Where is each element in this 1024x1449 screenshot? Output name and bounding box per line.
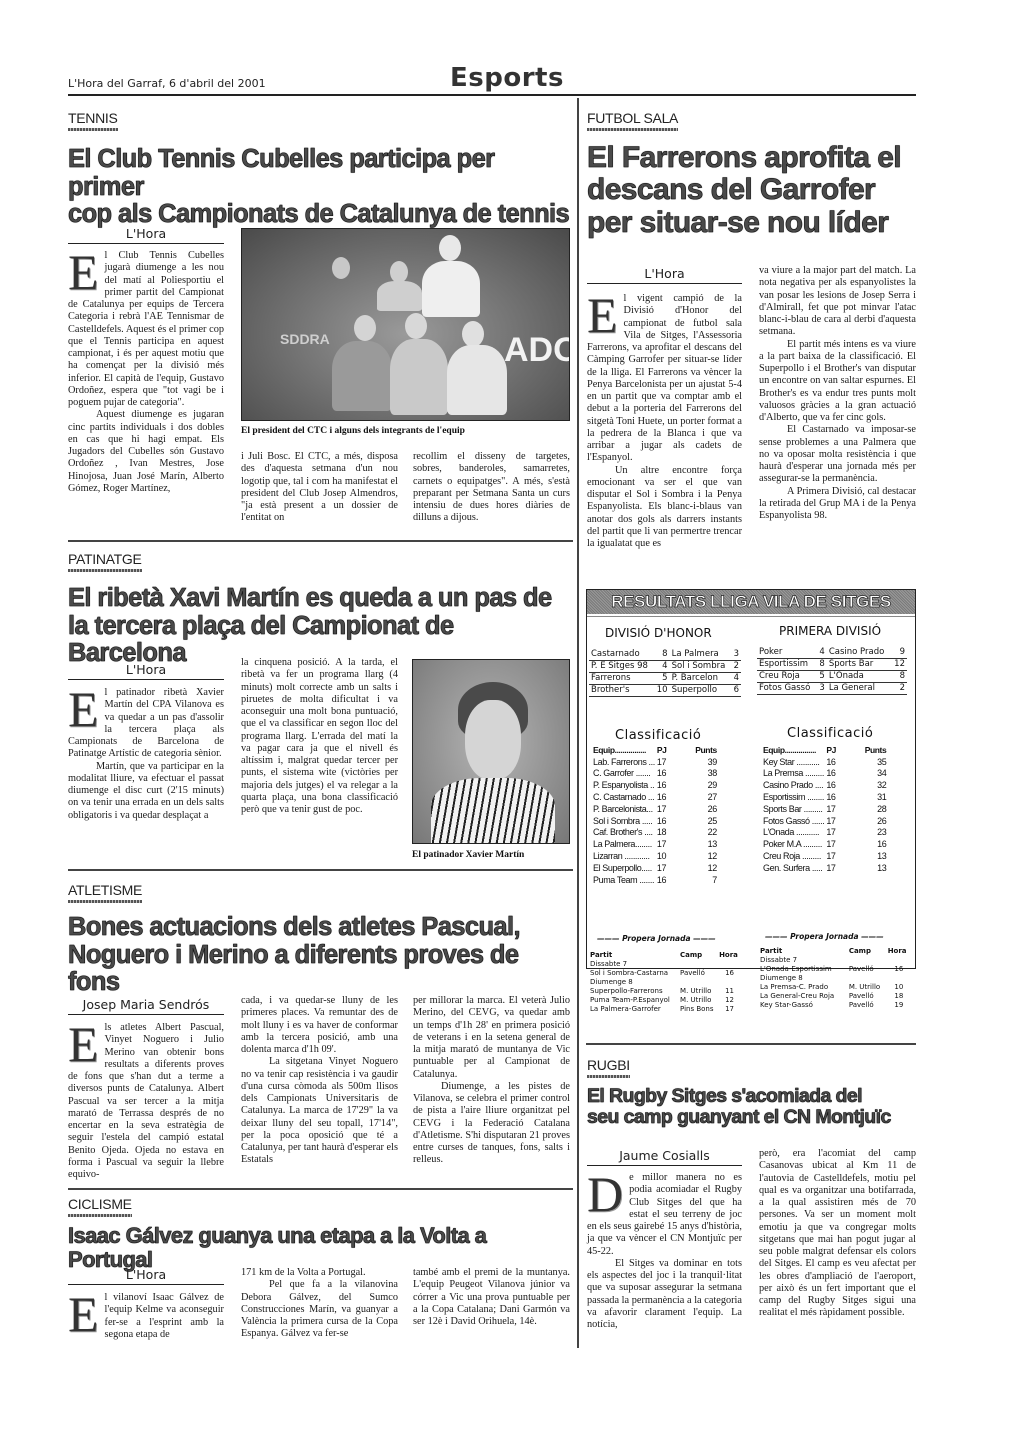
headline-tennis: El Club Tennis Cubelles participa per pr… [68,146,573,229]
games-played: 16 [655,815,677,827]
score: 10 [654,684,670,696]
score-row: Fotos Gassó3La General2 [757,682,907,694]
standings-row: El Superpollo.....1712 [593,862,717,874]
home-team: P. E Sitges 98 [589,660,654,672]
column-header: PJ [824,744,846,756]
games-played: 16 [655,791,677,803]
kicker-rugbi: RUGBI [587,1057,630,1078]
photo-banner-left: SDDRA [280,331,330,347]
person-body [422,261,480,317]
points: 12 [677,862,717,874]
column-header: Partit [589,950,679,959]
skater-portrait-photo [412,659,570,844]
games-played: 17 [824,815,846,827]
team-name: C. Garrofer ....... [593,768,655,780]
rule-dash: ——— [597,934,622,943]
fixture: Dissabte 7 [589,959,679,968]
headline-line: El Club Tennis Cubelles participa per pr… [68,146,573,201]
next-round-header: PartitCampHora [589,950,741,959]
photo-caption: El president del CTC i alguns dels integ… [241,426,465,436]
score: 9 [891,646,907,658]
kickoff-time: 12 [718,995,741,1004]
games-played: 18 [655,827,677,839]
section-divider [68,540,573,542]
fixture: La General-Creu Roja [759,991,848,1000]
team-name: La Palmera........ [593,838,655,850]
score-row: Farrerons5P. Barcelon4 [589,672,741,684]
headline-line: El Rugby Sitges s'acomiada del [587,1086,917,1107]
masthead: L'Hora del Garraf, 6 d'abril del 2001 Es… [68,62,916,96]
column-header: Punts [677,744,717,756]
venue [848,973,887,982]
standings-row: La Palmera........1713 [593,838,717,850]
headline-patinatge: El ribetà Xavi Martín es queda a un pas … [68,585,573,668]
headline-line: seu camp guanyant el CN Montjuïc [587,1107,917,1128]
person-head [390,261,408,283]
fixture-row: Key Star-GassóPavelló19 [759,1000,911,1009]
next-round-title-primera: ——— Propera Jornada ——— [765,932,884,941]
score-row: Creu Roja5L'Onada8 [757,670,907,682]
points: 12 [677,850,717,862]
score: 12 [891,658,907,670]
standings-row: Poker M.A .........1716 [763,838,886,850]
next-round-primera: PartitCampHoraDissabte 7L'Onada-Esportis… [759,946,911,1009]
ciclisme-column-2: 171 km de la Volta a Portugal. Pel que f… [241,1267,398,1341]
team-name: El Superpollo..... [593,862,655,874]
away-team: Sports Bar [827,658,891,670]
standings-row: Gen. Surfera .....1713 [763,862,886,874]
venue [679,977,718,986]
fixture-row: Diumenge 8 [589,977,741,986]
atletisme-column-1: E ls atletes Albert Pascual, Vinyet Nogu… [68,1022,224,1181]
score: 4 [654,660,670,672]
section-divider [68,869,573,871]
games-played: 16 [824,756,846,768]
byline-patinatge: L'Hora [68,662,224,680]
person-body [332,341,392,411]
byline-tennis: L'Hora [68,226,224,244]
paragraph: Aquest diumenge es jugaran cinc partits … [68,409,224,495]
column-header: Punts [846,744,886,756]
score-row: Poker4Casino Prado9 [757,646,907,658]
dateline: L'Hora del Garraf, 6 d'abril del 2001 [68,77,266,90]
next-round-label: Propera Jornada [622,934,690,943]
division-title-honor: DIVISIÓ D'HONOR [605,626,712,640]
venue: Pavelló [848,1000,887,1009]
fixture-row: L'Onada-EsportissimPavelló16 [759,964,911,973]
person-body [390,339,448,415]
fixture: La Palmera-Garrofer [589,1004,679,1013]
rule-dash: ——— [765,932,790,941]
away-team: La Palmera [670,648,731,660]
kickoff-time: 10 [887,982,911,991]
rugbi-column-1: D e millor manera no es podia acomiadar … [587,1172,742,1331]
standings-row: Caf. Brother's ....1822 [593,827,717,839]
team-name: Esportissim ........ [763,791,824,803]
paragraph: per millorar la marca. El veterà Julio M… [413,995,570,1081]
column-header: Hora [718,950,741,959]
dropcap: E [68,1024,99,1064]
fixture: Dissabte 7 [759,955,848,964]
atletisme-column-3: per millorar la marca. El veterà Julio M… [413,995,570,1167]
kickoff-time [718,959,741,968]
standings-row: Sol i Sombra .....1625 [593,815,717,827]
headline-line: El Farrerons aprofita el [587,142,917,174]
face [465,700,521,780]
dropcap: E [68,252,99,292]
venue [679,959,718,968]
tennis-column-3: recollim el disseny de targetes, sobres,… [413,451,570,525]
team-name: Poker M.A ......... [763,838,824,850]
futbol-sala-column-1: E l vigent campió de la Divisió d'Honor … [587,293,742,550]
tennis-column-1: E l Club Tennis Cubelles jugarà diumenge… [68,250,224,495]
team-name: La Premsa ......... [763,768,824,780]
score: 5 [654,672,670,684]
team-name: Key Star ........... [763,756,824,768]
standings-row: Lab. Farrerons ...1739 [593,756,717,768]
standings-row: P. Barcelonista...1726 [593,803,717,815]
score: 6 [731,684,741,696]
fixture-row: La Palmera-GarroferPins Bons17 [589,1004,741,1013]
fixture-row: Diumenge 8 [759,973,911,982]
venue: Pavelló [679,968,718,977]
dropcap: E [68,689,99,729]
standings-row: L'Onada ...........1723 [763,827,886,839]
away-team: Casino Prado [827,646,891,658]
fixture: La Premsa-C. Prado [759,982,848,991]
paragraph: 171 km de la Volta a Portugal. [241,1267,398,1279]
points: 29 [677,779,717,791]
points: 28 [846,803,886,815]
byline-atletisme: Josep Maria Sendrós [68,997,224,1015]
fixture: Key Star-Gassó [759,1000,848,1009]
games-played: 17 [824,803,846,815]
points: 39 [677,756,717,768]
kickoff-time [887,973,911,982]
fixture: L'Onada-Esportissim [759,964,848,973]
column-divider [577,98,579,1348]
standings-header: Equip................PJPunts [763,744,886,756]
fixture: Puma Team-P.Espanyol [589,995,679,1004]
points: 16 [846,838,886,850]
section-divider [586,1043,916,1045]
score: 5 [817,670,827,682]
team-name: P. Espanyolista .. [593,779,655,791]
points: 26 [677,803,717,815]
paragraph: cada, i va quedar-se lluny de les primer… [241,995,398,1056]
classification-title-honor: Classificació [615,728,701,743]
fixture: Diumenge 8 [589,977,679,986]
column-header: PJ [655,744,677,756]
venue: M. Utrillo [848,982,887,991]
score-row: Castarnado8La Palmera3 [589,648,741,660]
venue: M. Utrillo [679,995,718,1004]
games-played: 17 [655,838,677,850]
away-team: La General [827,682,891,694]
kicker-atletisme: ATLETISME [68,882,142,903]
next-round-honor: PartitCampHoraDissabte 7Sol i Sombra-Cas… [589,950,741,1013]
rule-dash: ——— [691,934,716,943]
venue: Pins Bons [679,1004,718,1013]
games-played: 10 [655,850,677,862]
team-name: Lab. Farrerons ... [593,756,655,768]
column-header: Equip................ [763,744,824,756]
points: 13 [846,862,886,874]
score-row: Esportissim8Sports Bar12 [757,658,907,670]
score: 3 [817,682,827,694]
points: 34 [846,768,886,780]
atletisme-column-2: cada, i va quedar-se lluny de les primer… [241,995,398,1167]
points: 32 [846,779,886,791]
headline-line: cop als Campionats de Catalunya de tenni… [68,201,573,229]
away-team: Sol i Sombra [670,660,731,672]
venue: Pavelló [848,964,887,973]
points: 31 [846,791,886,803]
fixture-row: La General-Creu RojaPavelló18 [759,991,911,1000]
team-name: Sol i Sombra ..... [593,815,655,827]
standings-row: Casino Prado ....1632 [763,779,886,791]
standings-row: Creu Roja .........1713 [763,850,886,862]
score: 2 [731,660,741,672]
home-team: Castarnado [589,648,654,660]
games-played: 16 [824,779,846,791]
standings-primera: Equip................PJPuntsKey Star ...… [763,744,886,874]
games-played: 16 [655,874,677,886]
kicker-patinatge: PATINATGE [68,551,142,572]
patinatge-column-1: E l patinador ribetà Xavier Martín del C… [68,687,224,822]
score: 4 [731,672,741,684]
points: 38 [677,768,717,780]
next-round-title-honor: ——— Propera Jornada ——— [597,934,716,943]
paragraph: va viure a la major part del match. La n… [759,265,916,339]
paragraph: El Castarnado va imposar-se sense proble… [759,424,916,485]
column-header: Camp [679,950,718,959]
paragraph: La sitgetana Vinyet Noguero no va tenir … [241,1056,398,1166]
games-played: 16 [655,779,677,791]
games-played: 17 [824,850,846,862]
team-name: Gen. Surfera ..... [763,862,824,874]
fixture: Diumenge 8 [759,973,848,982]
byline-ciclisme: L'Hora [68,1267,224,1285]
games-played: 16 [824,768,846,780]
column-header: Hora [887,946,911,955]
team-name: L'Onada ........... [763,827,824,839]
away-team: Superpollo [670,684,731,696]
headline-rugbi: El Rugby Sitges s'acomiada del seu camp … [587,1086,917,1128]
column-header: Equip................ [593,744,655,756]
division-title-primera: PRIMERA DIVISIÓ [779,624,881,638]
team-name: Sports Bar ......... [763,803,824,815]
home-team: Esportissim [757,658,817,670]
kickoff-time [718,977,741,986]
points: 25 [677,815,717,827]
person-head [354,315,376,341]
home-team: Creu Roja [757,670,817,682]
futbol-sala-column-2: va viure a la major part del match. La n… [759,265,916,522]
standings-row: Puma Team .......167 [593,874,717,886]
column-header: Partit [759,946,848,955]
team-name: Fotos Gassó ...... [763,815,824,827]
paragraph: A Primera Divisió, cal destacar la retir… [759,486,916,523]
games-played: 17 [655,862,677,874]
person-head [462,321,484,347]
tennis-column-2: i Juli Bosc. El CTC, a més, disposa des … [241,451,398,525]
fixture-row: Superpollo-FarreronsM. Utrillo11 [589,986,741,995]
headline-line: per situar-se nou líder [587,207,917,239]
team-name: Lizarran ............ [593,850,655,862]
home-team: Farrerons [589,672,654,684]
fixture-row: Dissabte 7 [589,959,741,968]
venue [848,955,887,964]
next-round-label: Propera Jornada [790,932,858,941]
person-head [332,257,350,279]
paragraph: Pel que fa a la vilanovina Debora Gálvez… [241,1279,398,1340]
kickoff-time: 16 [887,964,911,973]
standings-honor: Equip................PJPuntsLab. Farrero… [593,744,717,886]
standings-row: Lizarran ............1012 [593,850,717,862]
points: 27 [677,791,717,803]
kicker-tennis: TENNIS [68,110,118,131]
games-played: 17 [655,756,677,768]
section-divider [68,1188,573,1190]
games-played: 17 [824,862,846,874]
headline-atletisme: Bones actuacions dels atletes Pascual, N… [68,914,573,997]
kickoff-time: 19 [887,1000,911,1009]
striped-shirt [431,778,555,844]
games-played: 16 [655,768,677,780]
standings-row: P. Espanyolista ..1629 [593,779,717,791]
column-header: Camp [848,946,887,955]
score: 2 [891,682,907,694]
headline-line: Bones actuacions dels atletes Pascual, [68,914,573,942]
headline-futbol-sala: El Farrerons aprofita el descans del Gar… [587,142,917,239]
ciclisme-column-1: E l vilanoví Isaac Gálvez de l'equip Kel… [68,1292,224,1341]
scores-primera: Poker4Casino Prado9Esportissim8Sports Ba… [757,646,907,695]
ciclisme-column-3: també amb el premi de la muntanya. L'equ… [413,1267,570,1328]
dropcap: D [587,1174,623,1214]
points: 13 [677,838,717,850]
fixture: Sol i Sombra-Castarna [589,968,679,977]
person-body [377,281,422,311]
points: 7 [677,874,717,886]
fixture-row: La Premsa-C. PradoM. Utrillo10 [759,982,911,991]
dropcap: E [68,1294,99,1334]
venue: M. Utrillo [679,986,718,995]
points: 26 [846,815,886,827]
home-team: Brother's [589,684,654,696]
person-head [439,235,461,261]
fixture-row: Puma Team-P.EspanyolM. Utrillo12 [589,995,741,1004]
scores-honor: Castarnado8La Palmera3P. E Sitges 984Sol… [589,648,741,697]
games-played: 16 [824,791,846,803]
section-title: Esports [450,63,564,93]
byline-futbol-sala: L'Hora [587,266,742,284]
score: 3 [731,648,741,660]
paragraph: El Sitges va dominar en tots els aspecte… [587,1258,742,1332]
standings-row: Sports Bar .........1728 [763,803,886,815]
away-team: P. Barcelon [670,672,731,684]
kickoff-time: 11 [718,986,741,995]
photo-banner-right: ADO [504,331,570,370]
team-name: Creu Roja ......... [763,850,824,862]
headline-line: El ribetà Xavi Martín es queda a un pas … [68,585,573,613]
standings-header: Equip................PJPunts [593,744,717,756]
team-name: Casino Prado .... [763,779,824,791]
fixture: Superpollo-Farrerons [589,986,679,995]
results-title: RESULTATS LLIGA VILA DE SITGES [587,590,915,614]
dropcap: E [587,295,618,335]
byline-rugbi: Jaume Cosialls [587,1148,742,1166]
points: 13 [846,850,886,862]
kickoff-time: 18 [887,991,911,1000]
paragraph: Diumenge, a les pistes de Vilanova, se c… [413,1081,570,1167]
score: 4 [817,646,827,658]
headline-line: Noguero i Merino a diferents proves de f… [68,942,573,997]
points: 22 [677,827,717,839]
headline-line: descans del Garrofer [587,174,917,206]
kickoff-time: 16 [718,968,741,977]
kicker-futbol-sala: FUTBOL SALA [587,110,678,131]
tennis-team-photo: SDDRA ADO [241,228,570,421]
games-played: 17 [655,803,677,815]
paragraph: Martín, que va participar en la modalita… [68,761,224,822]
kickoff-time [887,955,911,964]
standings-row: Fotos Gassó ......1726 [763,815,886,827]
classification-title-primera: Classificació [787,726,873,741]
team-name: C. Castarnado ... [593,791,655,803]
standings-row: Key Star ...........1635 [763,756,886,768]
patinatge-column-2: la cinquena posició. A la tarda, el ribe… [241,657,398,816]
person-head [405,313,427,339]
games-played: 17 [824,838,846,850]
fixture-row: Dissabte 7 [759,955,911,964]
score: 8 [654,648,670,660]
points: 23 [846,827,886,839]
score: 8 [891,670,907,682]
photo-caption: El patinador Xavier Martín [412,850,524,860]
kickoff-time: 17 [718,1004,741,1013]
headline-ciclisme: Isaac Gálvez guanya una etapa a la Volta… [68,1224,573,1272]
team-name: Puma Team ....... [593,874,655,886]
next-round-header: PartitCampHora [759,946,911,955]
standings-row: C. Castarnado ...1627 [593,791,717,803]
games-played: 17 [824,827,846,839]
team-name: Caf. Brother's .... [593,827,655,839]
standings-row: Esportissim ........1631 [763,791,886,803]
results-box: RESULTATS LLIGA VILA DE SITGES DIVISIÓ D… [586,589,916,969]
away-team: L'Onada [827,670,891,682]
kicker-ciclisme: CICLISME [68,1196,132,1217]
home-team: Fotos Gassó [757,682,817,694]
divider [587,616,915,617]
score-row: P. E Sitges 984Sol i Sombra2 [589,660,741,672]
home-team: Poker [757,646,817,658]
paragraph: Un altre encontre força emocionant va se… [587,465,742,551]
rule-dash: ——— [859,932,884,941]
venue: Pavelló [848,991,887,1000]
fixture-row: Sol i Sombra-CastarnaPavelló16 [589,968,741,977]
standings-row: C. Garrofer .......1638 [593,768,717,780]
score-row: Brother's10Superpollo6 [589,684,741,696]
rugbi-column-2: però, era l'acomiat del camp Casanovas u… [759,1148,916,1320]
person-body [447,345,507,415]
points: 35 [846,756,886,768]
team-name: P. Barcelonista... [593,803,655,815]
score: 8 [817,658,827,670]
standings-row: La Premsa .........1634 [763,768,886,780]
paragraph: El partit més intens es va viure a la pa… [759,339,916,425]
